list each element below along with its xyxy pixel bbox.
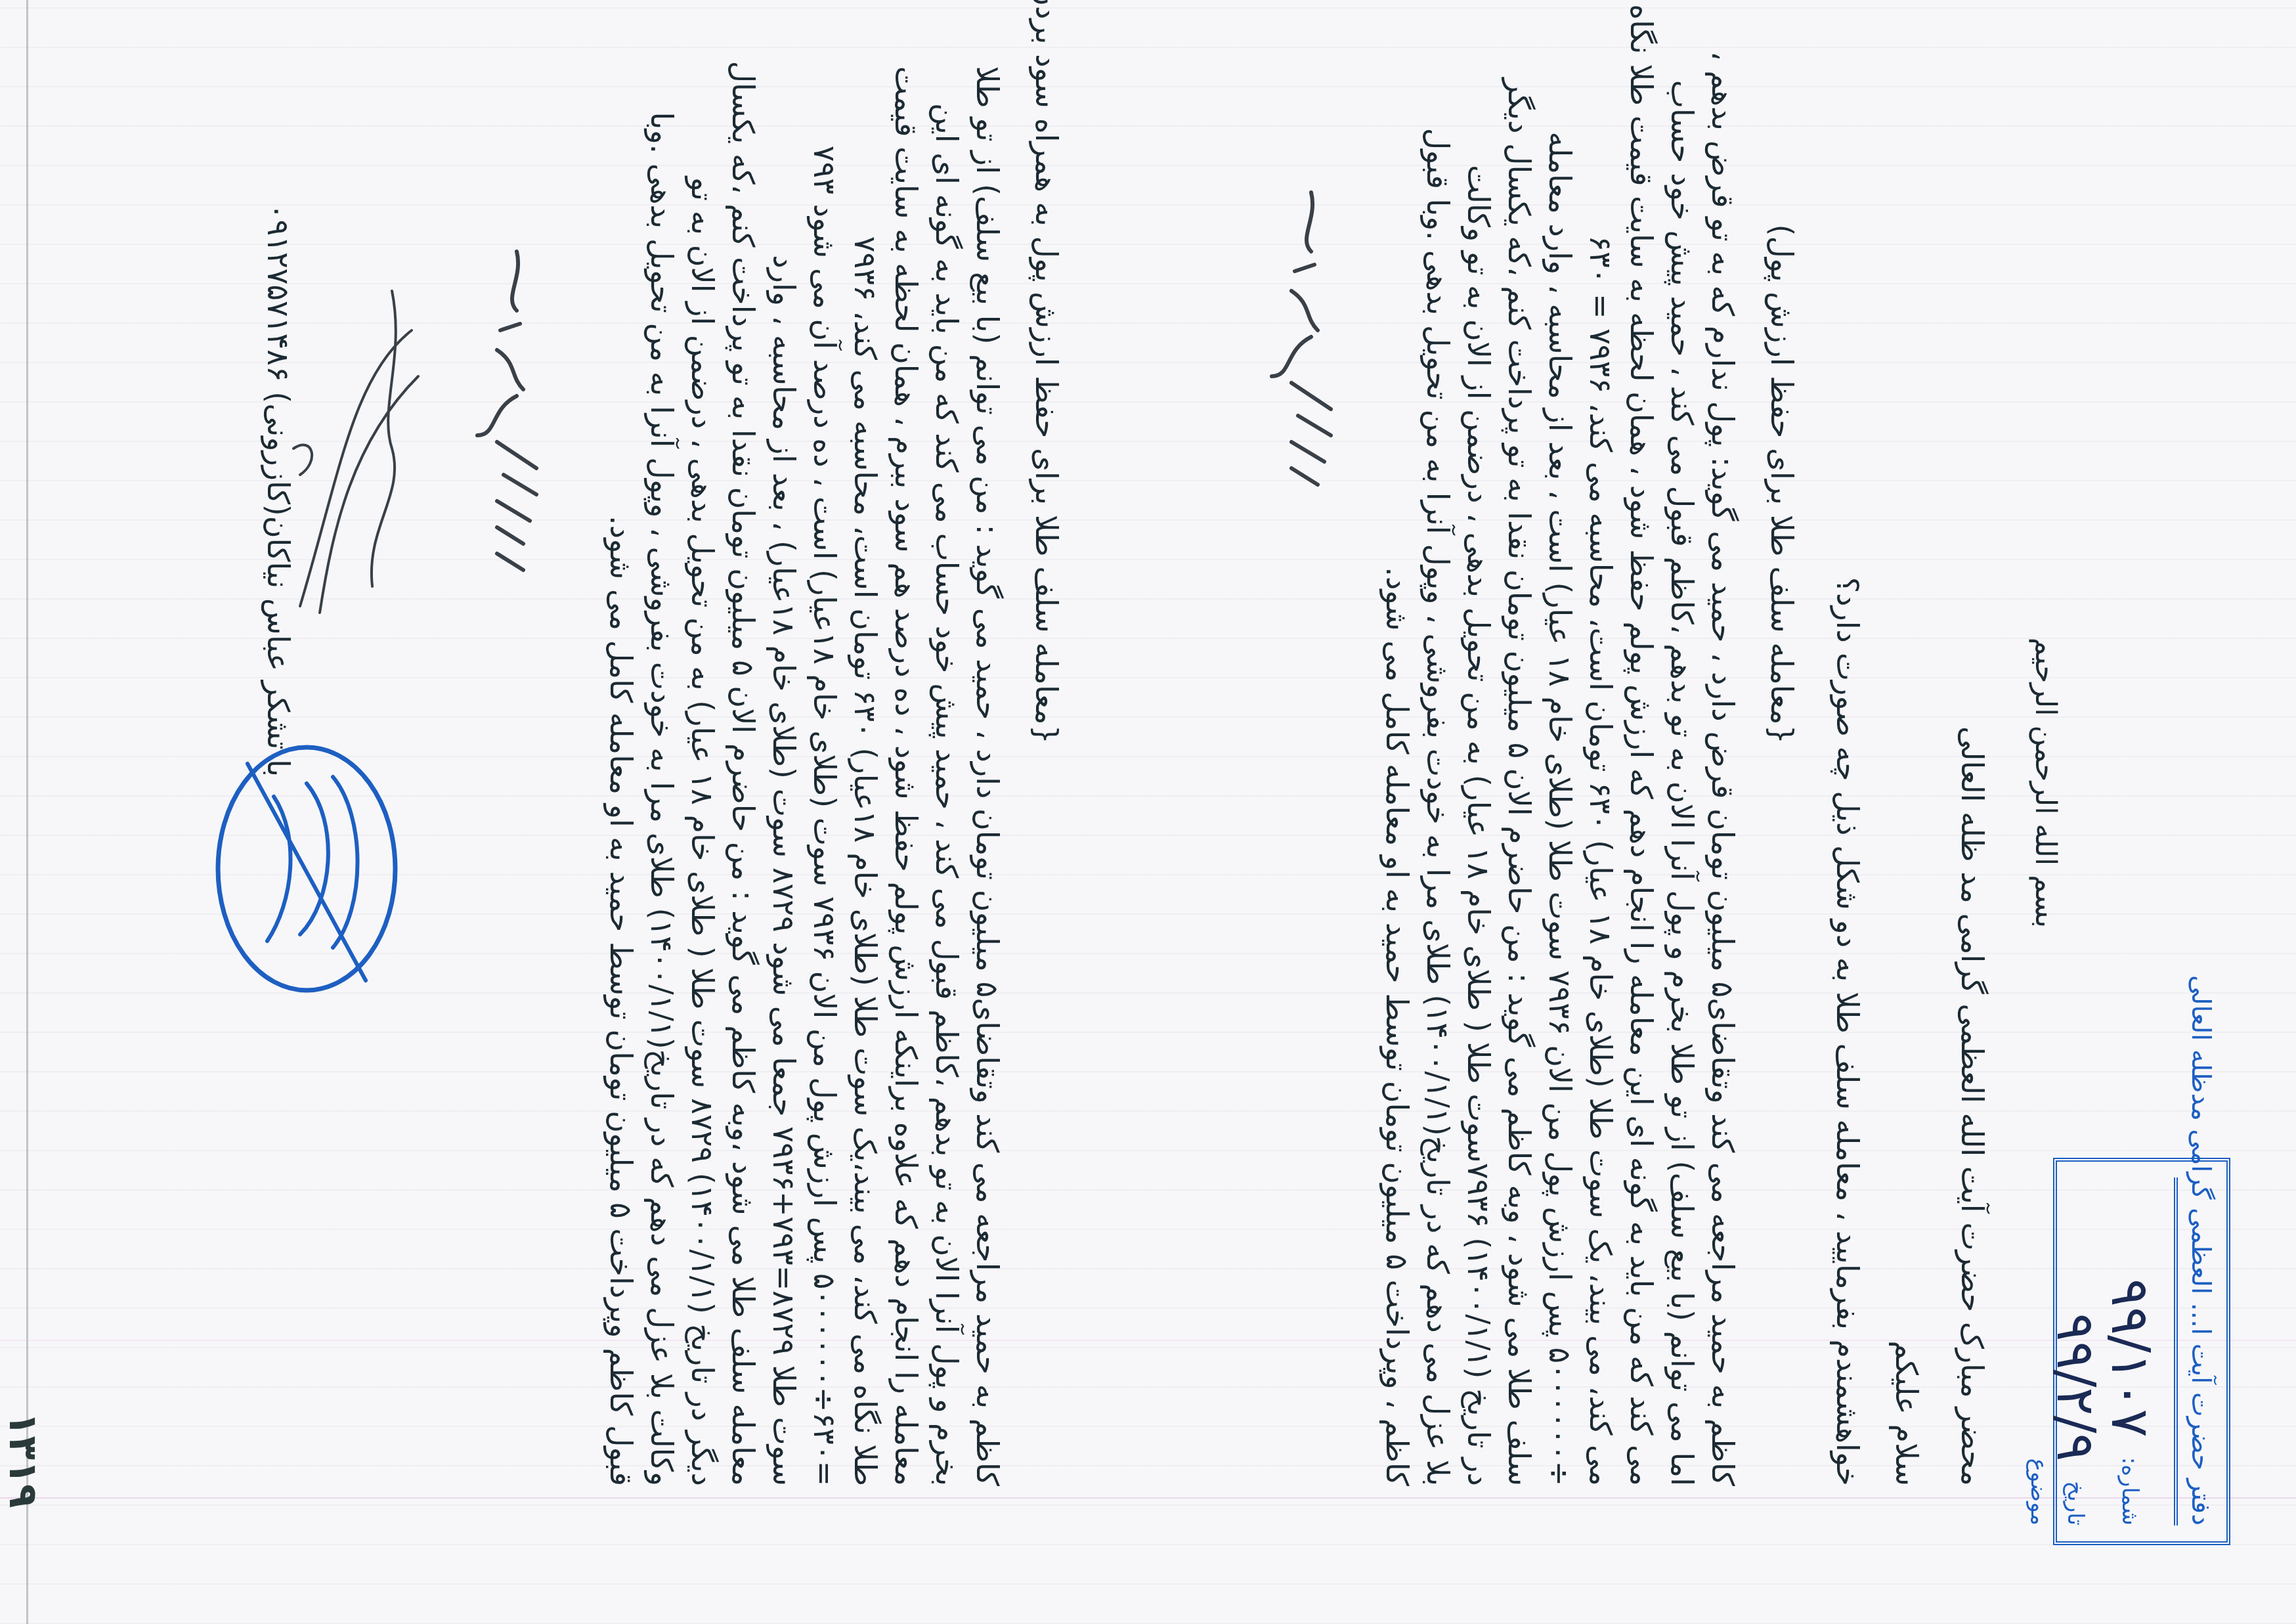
signature (280, 278, 431, 619)
handwritten-ruling-1 (1226, 179, 1337, 494)
paragraph-line: در تاریخ (۱۴۰۰/۱/۱) ۷۹۳۶سوت طلا ( طلای خ… (1463, 165, 1494, 1486)
paragraph-line: اما می توانم (با بیع سلف) از تو طلا بخرم… (1667, 80, 1697, 1486)
paragraph-line: ÷۵۰۰۰۰۰۰ پس ارزش پول من الان ۷۹۳۶ سوت طل… (1545, 132, 1575, 1486)
paragraph-line: بخرم و پول آنرا الان به تو بدهم ،کاظم قب… (932, 103, 962, 1486)
stamp-subject-label: موضوع (2025, 1459, 2052, 1526)
closing-signature-line: با تشکر عباس نیاکان(کازرونی) ۰۹۱۲۷۵۷۱۴۸۶ (263, 204, 293, 777)
salutation-line: محضر مبارک حضرت آیت الله العظمی گرامی مد… (1957, 726, 1987, 1486)
stamp-date-label: تاریخ (2063, 1481, 2089, 1525)
paragraph-line: معامله سلف طلا می شود ،وبه کاظم می گوید … (728, 61, 758, 1486)
section2-title: {معامله سلف طلا برای حفظ ارزش پول به همر… (1031, 0, 1062, 744)
section1-title: {معامله سلف طلا برای حفظ ارزش پول) (1767, 225, 1797, 744)
paragraph-line: معامله را انجام دهم که علاوه براینکه ارز… (891, 66, 921, 1486)
paragraph-line: کاظم به حمید مراجعه می کند وتقاضای۵ میلی… (972, 66, 1003, 1487)
handwritten-ruling-2 (431, 238, 543, 606)
stamp-number-label: شماره: (2117, 1457, 2144, 1525)
stamp-number-row: شماره: ۹۹/۱۰۷ (2100, 1177, 2161, 1525)
letter-page: دفتر حضرت آیت ا... العظمی گرامی مدظله ال… (0, 0, 2296, 1624)
paragraph-line: =۶۳۰÷۵۰۰۰۰۰۰ پس ارزش پول من الان ۷۹۳۶ سو… (810, 146, 840, 1486)
office-seal (208, 737, 405, 1000)
letter-content: دفتر حضرت آیت ا... العظمی گرامی مدظله ال… (0, 0, 2296, 1624)
greeting: سلام علیکم (1892, 1340, 1922, 1486)
bismillah: بسم الله الرحمن الرحیم (2031, 638, 2060, 928)
office-stamp: دفتر حضرت آیت ا... العظمی گرامی مدظله ال… (2053, 1158, 2230, 1545)
question: خواهشمندم بفرمایید ، معامله سلف طلا به د… (1832, 577, 1863, 1486)
stamp-date-row: تاریخ ۹۹/۲/۹ (2045, 1177, 2106, 1525)
paragraph-line: بلا عزل می دهم که در تاریخ(۱۴۰۰/۱/۱) طلا… (1423, 128, 1453, 1486)
paragraph-line: طلا نگاه می کند، می بیند،یک سوت طلا (طلا… (850, 236, 880, 1486)
paragraph-line: کاظم ، وپرداخت ۵ میلیون تومان توسط حمید … (1382, 567, 1412, 1486)
paragraph-line: سوت طلا ۸۷۲۹=۷۹۳+۷۹۳۶ جمعا می شود ۸۷۲۹ س… (769, 255, 799, 1486)
stamp-header: دفتر حضرت آیت ا... العظمی گرامی مدظله ال… (2174, 1177, 2216, 1525)
paragraph-line: قبول کاظم وپرداخت ۵ میلیون تومان توسط حم… (606, 516, 636, 1486)
paragraph-line: می کند، می بیند، یک سوت طلا (طلای خام ۱۸… (1586, 235, 1616, 1486)
paragraph-line: کاظم به حمید مراجعه می کند وتقاضای۵ میلی… (1708, 51, 1738, 1486)
paragraph-line: وکالت بلا عزل می دهم که در تاریخ(۱۴۰۰/۱/… (647, 112, 677, 1486)
paragraph-line: می کند که من باید به گونه ای این معامله … (1626, 4, 1657, 1486)
paragraph-line: دیگر در تاریخ (۱۴۰۰/۱/۱) ۸۷۲۹ سوت طلا ( … (687, 177, 718, 1487)
stamp-number-value: ۹۹/۱۰۷ (2100, 1279, 2161, 1437)
stamp-date-value: ۹۹/۲/۹ (2045, 1313, 2106, 1462)
paragraph-line: سلف طلا می شود ، وبه کاظم می گوید : من ح… (1504, 78, 1534, 1486)
